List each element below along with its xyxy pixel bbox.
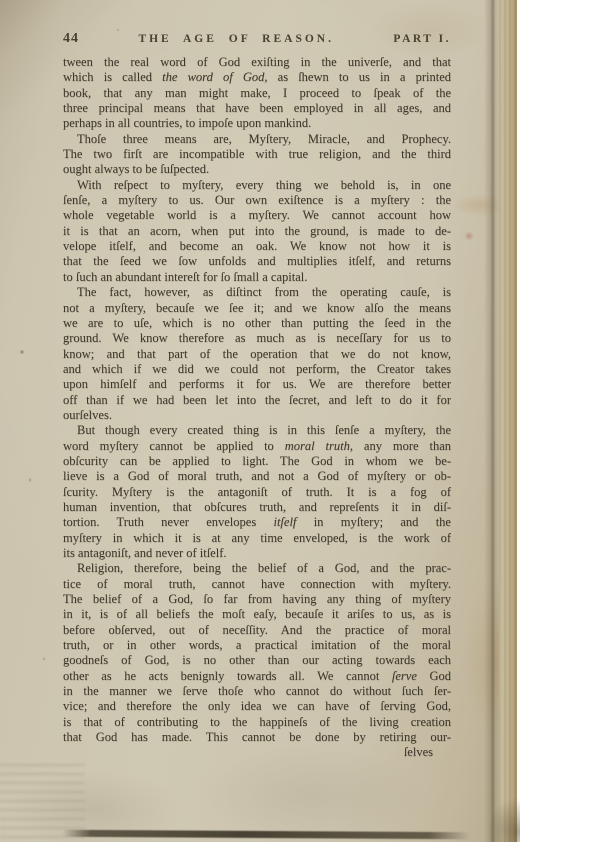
text-line: The belief of a God, ſo far from having …: [63, 592, 451, 607]
text-line: tortion. Truth never envelopes itſelf in…: [63, 515, 451, 530]
text-line: The two firſt are incompatible with true…: [63, 147, 451, 162]
text-line: ought always to be ſuſpected.: [63, 162, 451, 177]
text-line: truth, or in other words, a practical im…: [63, 638, 451, 653]
page-number: 44: [63, 31, 79, 47]
text-line: lieve is a God of moral truth, and not a…: [63, 469, 451, 484]
text-line: it is that an acorn, when put into the g…: [63, 224, 451, 239]
text-line: and which if we did we could not perform…: [63, 362, 451, 377]
page-header: 44 THE AGE OF REASON. PART I.: [63, 31, 451, 47]
book-fore-edge: [499, 0, 517, 842]
book-page-scan: 44 THE AGE OF REASON. PART I. tween the …: [0, 0, 517, 842]
text-line: obſcurity can be applied to light. The G…: [63, 454, 451, 469]
fore-edge-corner-shadow: [470, 790, 520, 842]
text-line: upon himſelf and performs it for us. We …: [63, 377, 451, 392]
binding-crease: [484, 0, 500, 842]
running-title: THE AGE OF REASON.: [79, 33, 393, 45]
paragraph: But though every created thing is in thi…: [63, 423, 451, 561]
text-line: tice of moral truth, cannot have connect…: [63, 577, 451, 592]
paragraph: With reſpect to myſtery, every thing we …: [63, 178, 451, 285]
text-line: in the manner we ſerve thoſe who cannot …: [63, 684, 451, 699]
text-line: ſenſe, a myſtery to us. Our own exiſtenc…: [63, 193, 451, 208]
text-line: myſtery in which it is at any time envel…: [63, 531, 451, 546]
text-line: Religion, therefore, being the belief of…: [63, 561, 451, 576]
text-line: The fact, however, as diſtinct from the …: [63, 285, 451, 300]
text-line: Thoſe three means are, Myſtery, Miracle,…: [63, 132, 451, 147]
paragraph: tween the real word of God exiſting in t…: [63, 55, 451, 132]
text-line: ſcurity. Myſtery is the antagoniſt of tr…: [63, 485, 451, 500]
paragraph: Thoſe three means are, Myſtery, Miracle,…: [63, 132, 451, 178]
bottom-page-edge-shadow: [62, 830, 470, 839]
text-line: ground. We know therefore as much as is …: [63, 331, 451, 346]
paragraph: The fact, however, as diſtinct from the …: [63, 285, 451, 423]
text-line: word myſtery cannot be applied to moral …: [63, 439, 451, 454]
text-block: tween the real word of God exiſting in t…: [63, 55, 451, 761]
text-line: to ſuch an abundant intereſt for ſo ſmal…: [63, 270, 451, 285]
text-line: vice; and therefore the only idea we can…: [63, 699, 451, 714]
text-line: book, that any man might make, I proceed…: [63, 86, 451, 101]
text-line: perhaps in all countries, to impoſe upon…: [63, 116, 451, 131]
text-line: in it, is of all beliefs the moſt eaſy, …: [63, 607, 451, 622]
text-line: goodneſs of God, is no other than our ac…: [63, 653, 451, 668]
text-line: off than if we had been let into the ſec…: [63, 393, 451, 408]
text-line: human invention, that obſcures truth, an…: [63, 500, 451, 515]
text-line: whole vegetable world is a myſtery. We c…: [63, 208, 451, 223]
text-line: that the ſeed we ſow unfolds and multipl…: [63, 254, 451, 269]
text-line: we are to uſe, which is no other than pu…: [63, 316, 451, 331]
text-line: is that of contributing to the happineſs…: [63, 715, 451, 730]
text-line: not a myſtery, becauſe we ſee it; and we…: [63, 301, 451, 316]
text-line: three principal means that have been emp…: [63, 101, 451, 116]
text-line: ourſelves.: [63, 408, 451, 423]
text-line: that God has made. This cannot be done b…: [63, 730, 451, 745]
paragraph: Religion, therefore, being the belief of…: [63, 561, 451, 745]
text-line: velope itſelf, and become an oak. We kno…: [63, 239, 451, 254]
text-line: before obſerved, out of neceſſity. And t…: [63, 623, 451, 638]
text-line: But though every created thing is in thi…: [63, 423, 451, 438]
catchword: ſelves: [63, 745, 451, 760]
text-line: which is called the word of God, as ſhew…: [63, 70, 451, 85]
text-line: With reſpect to myſtery, every thing we …: [63, 178, 451, 193]
text-line: tween the real word of God exiſting in t…: [63, 55, 451, 70]
text-line: its antagoniſt, and never of itſelf.: [63, 546, 451, 561]
ink-show-through: [0, 758, 85, 838]
text-line: other as he acts benignly towards all. W…: [63, 669, 451, 684]
text-line: know; and that part of the operation tha…: [63, 347, 451, 362]
part-label: PART I.: [393, 33, 451, 45]
